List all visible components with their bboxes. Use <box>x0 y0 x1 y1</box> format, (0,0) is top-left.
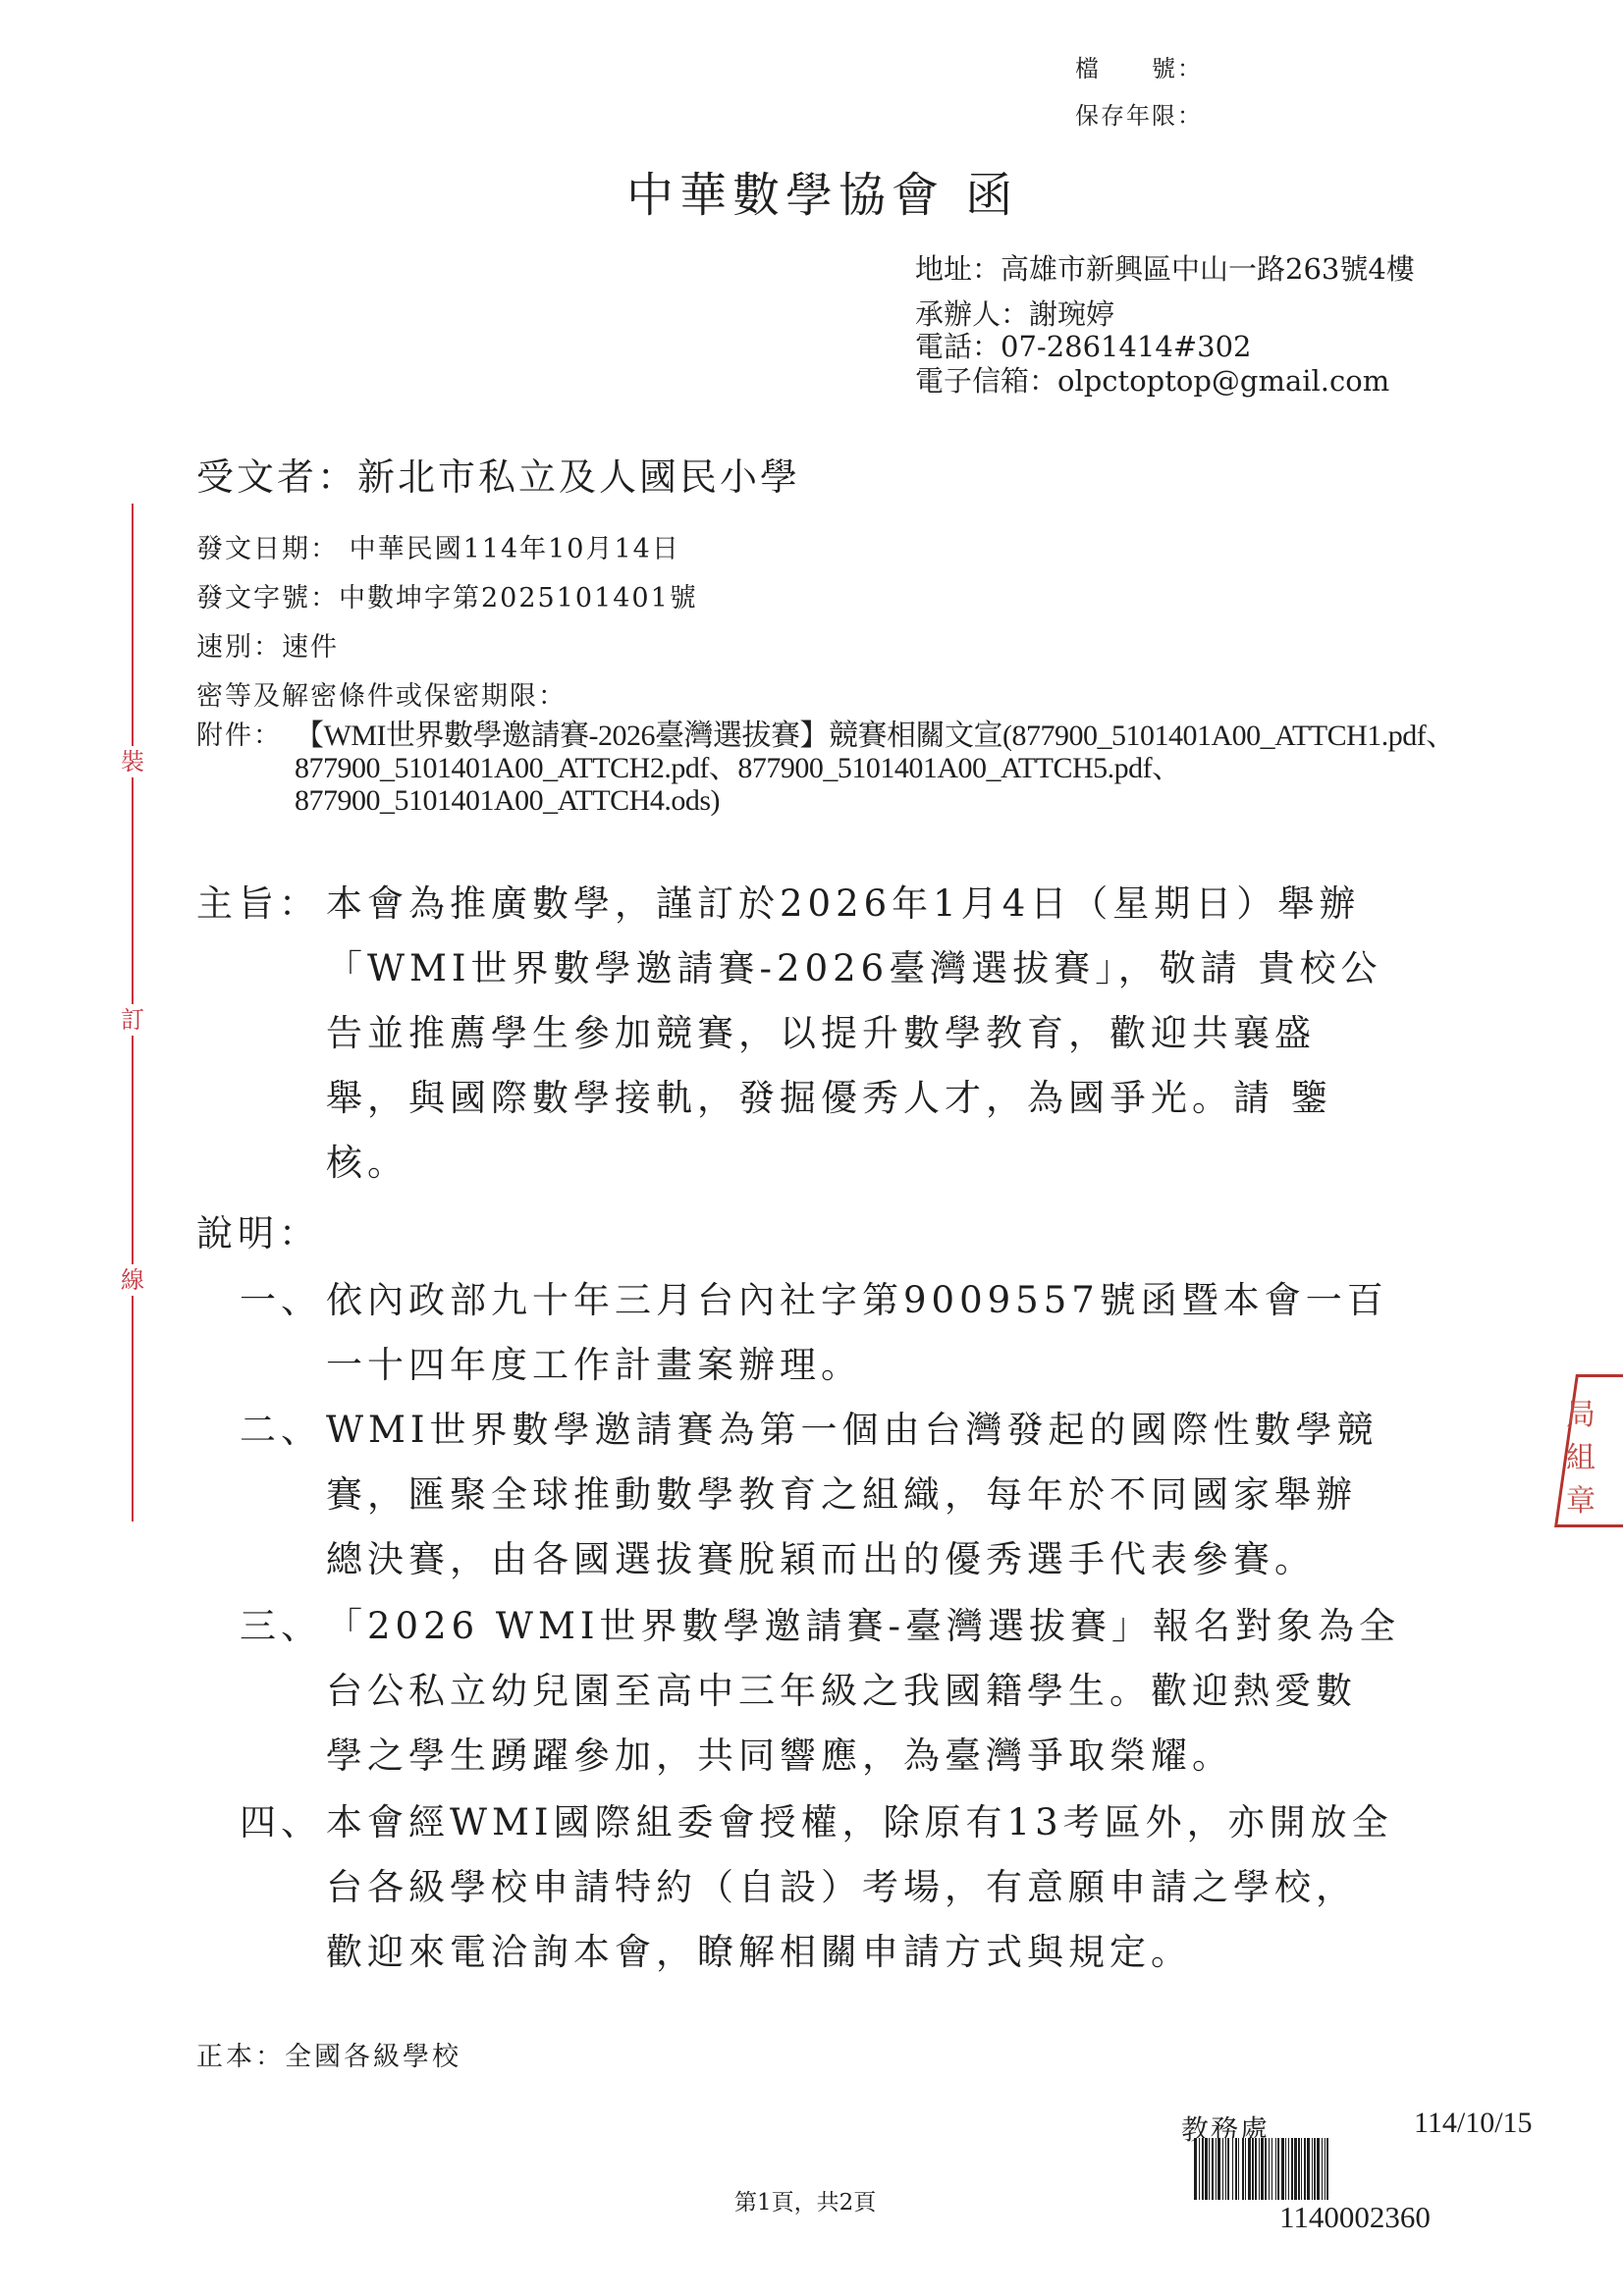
attachments: 附件： 【WMI世界數學邀請賽-2026臺灣選拔賽】競賽相關文宣(877900_… <box>196 720 1463 817</box>
item-number: 三、 <box>240 1594 322 1659</box>
urgency: 速別：速件 <box>196 625 339 664</box>
attachment-label: 附件： <box>196 720 282 752</box>
binding-char-xian: 線 <box>118 1264 147 1296</box>
subject-line: 舉，與國際數學接軌，發掘優秀人才，為國爭光。請 鑒 <box>326 1066 1332 1131</box>
item-line: 「2026 WMI世界數學邀請賽-臺灣選拔賽」報名對象為全 <box>326 1594 1400 1659</box>
item-line: WMI世界數學邀請賽為第一個由台灣發起的國際性數學競 <box>326 1398 1379 1463</box>
item-line: 依內政部九十年三月台內社字第9009557號函暨本會一百 <box>326 1268 1388 1333</box>
barcode-number: 1140002360 <box>1279 2200 1431 2235</box>
attachment-list[interactable]: 【WMI世界數學邀請賽-2026臺灣選拔賽】競賽相關文宣(877900_5101… <box>295 720 1463 817</box>
item-line: 本會經WMI國際組委會授權，除原有13考區外，亦開放全 <box>326 1790 1393 1855</box>
explanation-label: 說明： <box>196 1201 320 1266</box>
item-number: 二、 <box>240 1398 322 1463</box>
document-title: 中華數學協會 函 <box>626 157 1018 225</box>
received-date: 114/10/15 <box>1414 2107 1533 2140</box>
barcode <box>1194 2138 1510 2200</box>
carbon-copy: 正本：全國各級學校 <box>196 2035 461 2073</box>
page-indicator: 第1頁，共2頁 <box>734 2184 876 2216</box>
subject-label: 主旨： <box>196 872 320 936</box>
binding-char-zhuang: 裝 <box>118 746 147 777</box>
barcode-bar <box>1328 2138 1331 2200</box>
item-line: 台各級學校申請特約（自設）考場，有意願申請之學校， <box>326 1855 1357 1920</box>
item-number: 四、 <box>240 1790 322 1855</box>
item-line: 台公私立幼兒園至高中三年級之我國籍學生。歡迎熱愛數 <box>326 1659 1357 1724</box>
issue-date: 發文日期： 中華民國114年10月14日 <box>196 527 680 565</box>
file-number-label: 檔 號： <box>1075 49 1203 83</box>
item-line: 賽，匯聚全球推動數學教育之組織，每年於不同國家舉辦 <box>326 1463 1357 1527</box>
item-line: 總決賽，由各國選拔賽脫穎而出的優秀選手代表參賽。 <box>326 1527 1316 1592</box>
item-line: 一十四年度工作計畫案辦理。 <box>326 1333 862 1398</box>
item-line: 歡迎來電洽詢本會，瞭解相關申請方式與規定。 <box>326 1920 1192 1985</box>
recipient: 受文者：新北市私立及人國民小學 <box>196 447 800 501</box>
subject-line: 本會為推廣數學，謹訂於2026年1月4日（星期日）舉辦 <box>326 872 1360 936</box>
email-address: 電子信箱：olpctoptop@gmail.com <box>915 359 1389 400</box>
binding-char-ding: 訂 <box>118 1004 147 1036</box>
official-seal-stamp: 局 組 章 <box>1544 1374 1623 1531</box>
seal-char: 章 <box>1566 1480 1599 1523</box>
subject-line: 核。 <box>326 1131 408 1196</box>
sender-address: 地址：高雄市新興區中山一路263號4樓 <box>915 247 1415 288</box>
document-number: 發文字號：中數坤字第2025101401號 <box>196 576 698 614</box>
retention-period-label: 保存年限： <box>1075 96 1203 131</box>
item-number: 一、 <box>240 1268 322 1333</box>
confidentiality: 密等及解密條件或保密期限： <box>196 674 567 713</box>
seal-char: 組 <box>1566 1437 1599 1480</box>
seal-text: 局 組 章 <box>1566 1394 1599 1523</box>
seal-char: 局 <box>1566 1394 1599 1437</box>
item-line: 學之學生踴躍參加，共同響應，為臺灣爭取榮耀。 <box>326 1724 1233 1789</box>
subject-line: 「WMI世界數學邀請賽-2026臺灣選拔賽」，敬請 貴校公 <box>326 936 1381 1001</box>
subject-line: 告並推薦學生參加競賽，以提升數學教育，歡迎共襄盛 <box>326 1001 1316 1066</box>
